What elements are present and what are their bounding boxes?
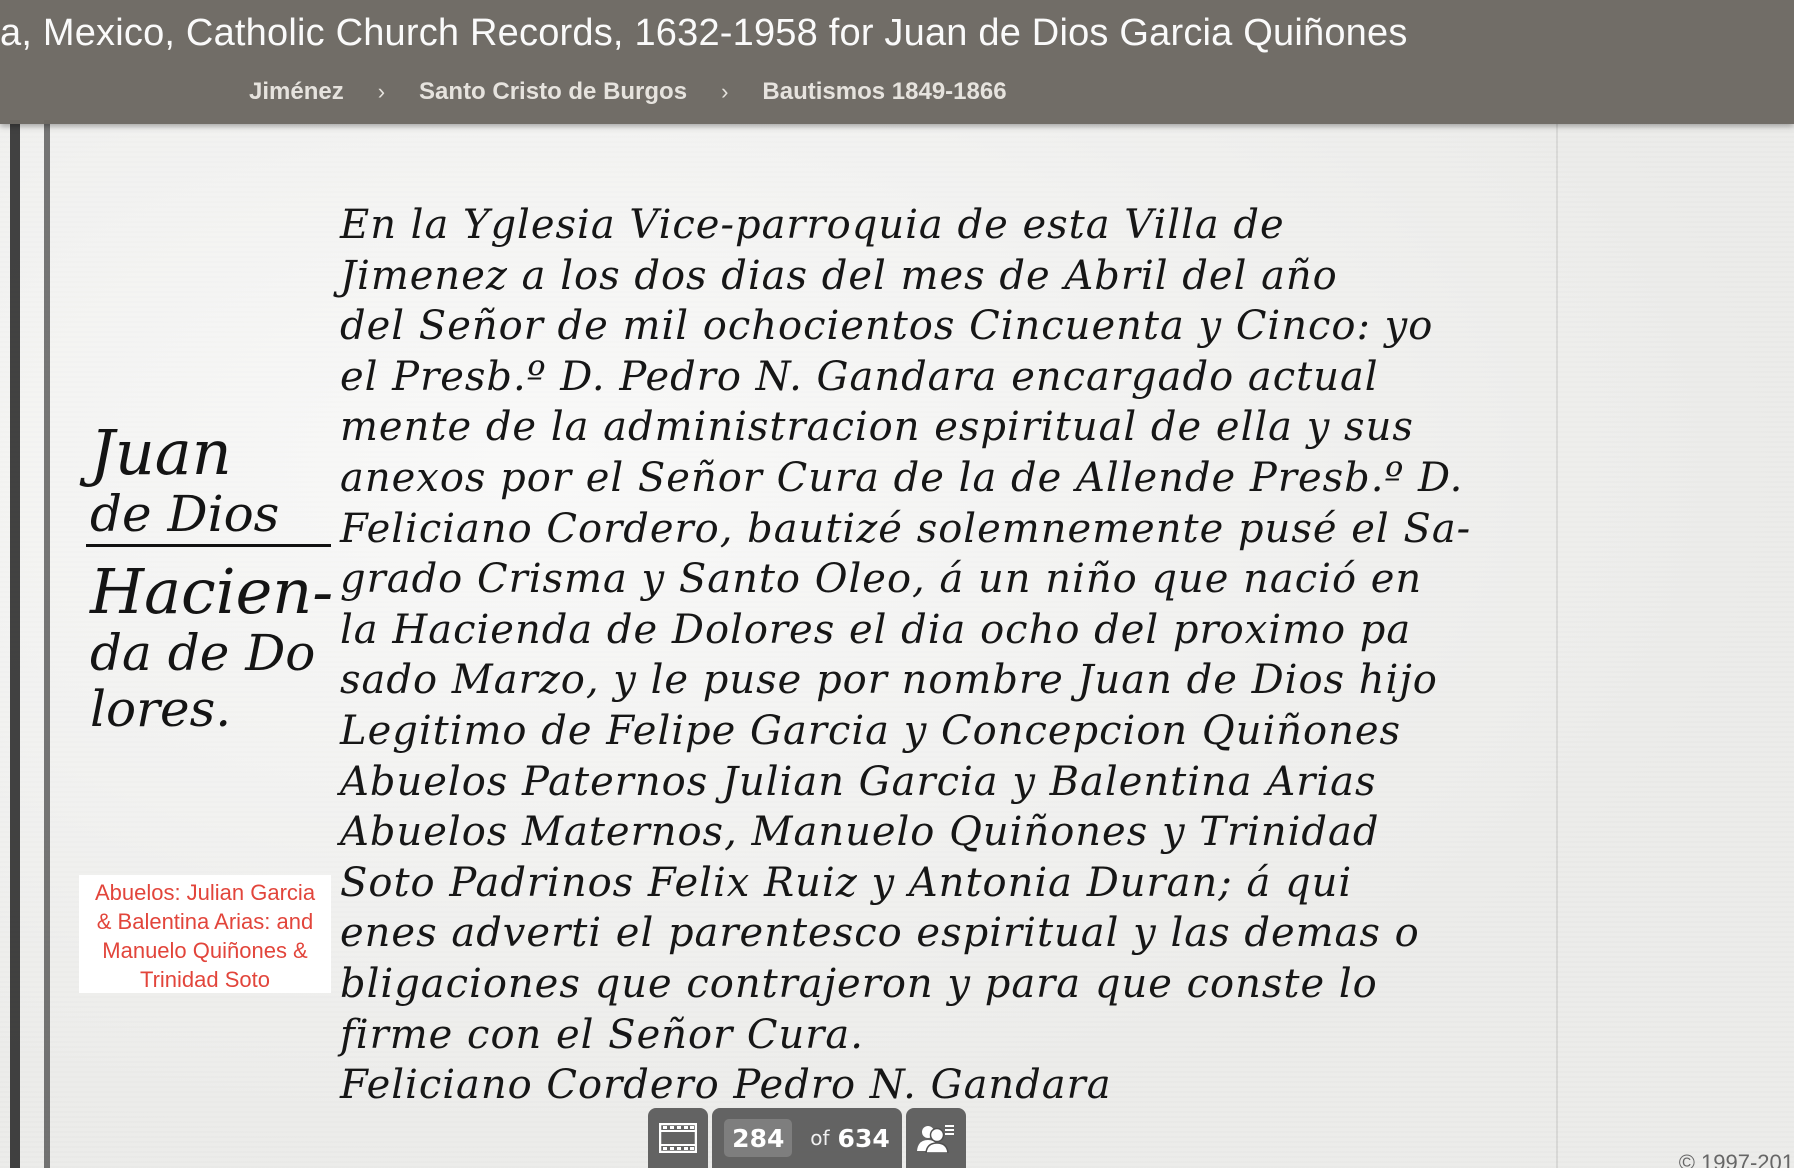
breadcrumb-jimenez[interactable]: Jiménez xyxy=(249,78,344,106)
record-line: del Señor de mil ochocientos Cincuenta y… xyxy=(340,301,1560,352)
record-line: Abuelos Maternos, Manuelo Quiñones y Tri… xyxy=(340,807,1560,858)
margin-line: de Dios xyxy=(90,486,340,542)
record-line: sado Marzo, y le puse por nombre Juan de… xyxy=(340,655,1560,706)
binding-shadow xyxy=(44,120,50,1168)
annotation-line: Abuelos: Julian Garcia xyxy=(79,878,331,907)
image-toolbar: 284 of 634 xyxy=(648,1108,966,1168)
total-pages: 634 xyxy=(838,1124,890,1153)
page-title: a, Mexico, Catholic Church Records, 1632… xyxy=(0,12,1408,55)
chevron-right-icon: › xyxy=(721,79,728,105)
record-line: la Hacienda de Dolores el dia ocho del p… xyxy=(340,605,1560,656)
margin-entry: Juan de Dios Hacien- da de Do lores. xyxy=(90,420,340,737)
record-line: Feliciano Cordero, bautizé solemnemente … xyxy=(340,504,1560,555)
binding-shadow xyxy=(10,120,20,1168)
record-line: mente de la administracion espiritual de… xyxy=(340,402,1560,453)
margin-line: da de Do xyxy=(90,625,340,681)
annotation-line: & Balentina Arias: and xyxy=(79,907,331,936)
image-pager: 284 of 634 xyxy=(712,1108,902,1168)
record-line: Legitimo de Felipe Garcia y Concepcion Q… xyxy=(340,706,1560,757)
record-line: anexos por el Señor Cura de la de Allend… xyxy=(340,453,1560,504)
record-line: bligaciones que contrajeron y para que c… xyxy=(340,959,1560,1010)
breadcrumb: Jiménez › Santo Cristo de Burgos › Bauti… xyxy=(249,78,1007,106)
people-list-icon xyxy=(916,1123,956,1153)
record-line: firme con el Señor Cura. xyxy=(340,1010,1560,1061)
margin-divider xyxy=(86,544,331,547)
record-header: a, Mexico, Catholic Church Records, 1632… xyxy=(0,0,1794,124)
annotation-line: Trinidad Soto xyxy=(79,965,331,994)
record-text: En la Yglesia Vice-parroquia de esta Vil… xyxy=(340,200,1560,1111)
index-people-button[interactable] xyxy=(906,1108,966,1168)
filmstrip-button[interactable] xyxy=(648,1108,708,1168)
record-line: Soto Padrinos Felix Ruiz y Antonia Duran… xyxy=(340,858,1560,909)
filmstrip-icon xyxy=(659,1123,697,1153)
annotation-note: Abuelos: Julian Garcia & Balentina Arias… xyxy=(79,875,331,993)
record-line: enes adverti el parentesco espiritual y … xyxy=(340,908,1560,959)
record-line: grado Crisma y Santo Oleo, á un niño que… xyxy=(340,554,1560,605)
of-label: of xyxy=(810,1126,829,1150)
margin-line: Juan xyxy=(90,420,340,486)
record-line: el Presb.º D. Pedro N. Gandara encargado… xyxy=(340,352,1560,403)
record-line: Feliciano Cordero Pedro N. Gandara xyxy=(340,1060,1560,1111)
record-line: Abuelos Paternos Julian Garcia y Balenti… xyxy=(340,757,1560,808)
record-line: Jimenez a los dos dias del mes de Abril … xyxy=(340,251,1560,302)
page-number-input[interactable]: 284 xyxy=(724,1119,792,1157)
breadcrumb-santo-cristo[interactable]: Santo Cristo de Burgos xyxy=(419,78,687,106)
chevron-right-icon: › xyxy=(378,79,385,105)
breadcrumb-bautismos[interactable]: Bautismos 1849-1866 xyxy=(762,78,1006,106)
copyright: © 1997-201 xyxy=(1679,1150,1794,1168)
annotation-line: Manuelo Quiñones & xyxy=(79,936,331,965)
margin-line: lores. xyxy=(90,681,340,737)
margin-line: Hacien- xyxy=(90,559,340,625)
record-line: En la Yglesia Vice-parroquia de esta Vil… xyxy=(340,200,1560,251)
